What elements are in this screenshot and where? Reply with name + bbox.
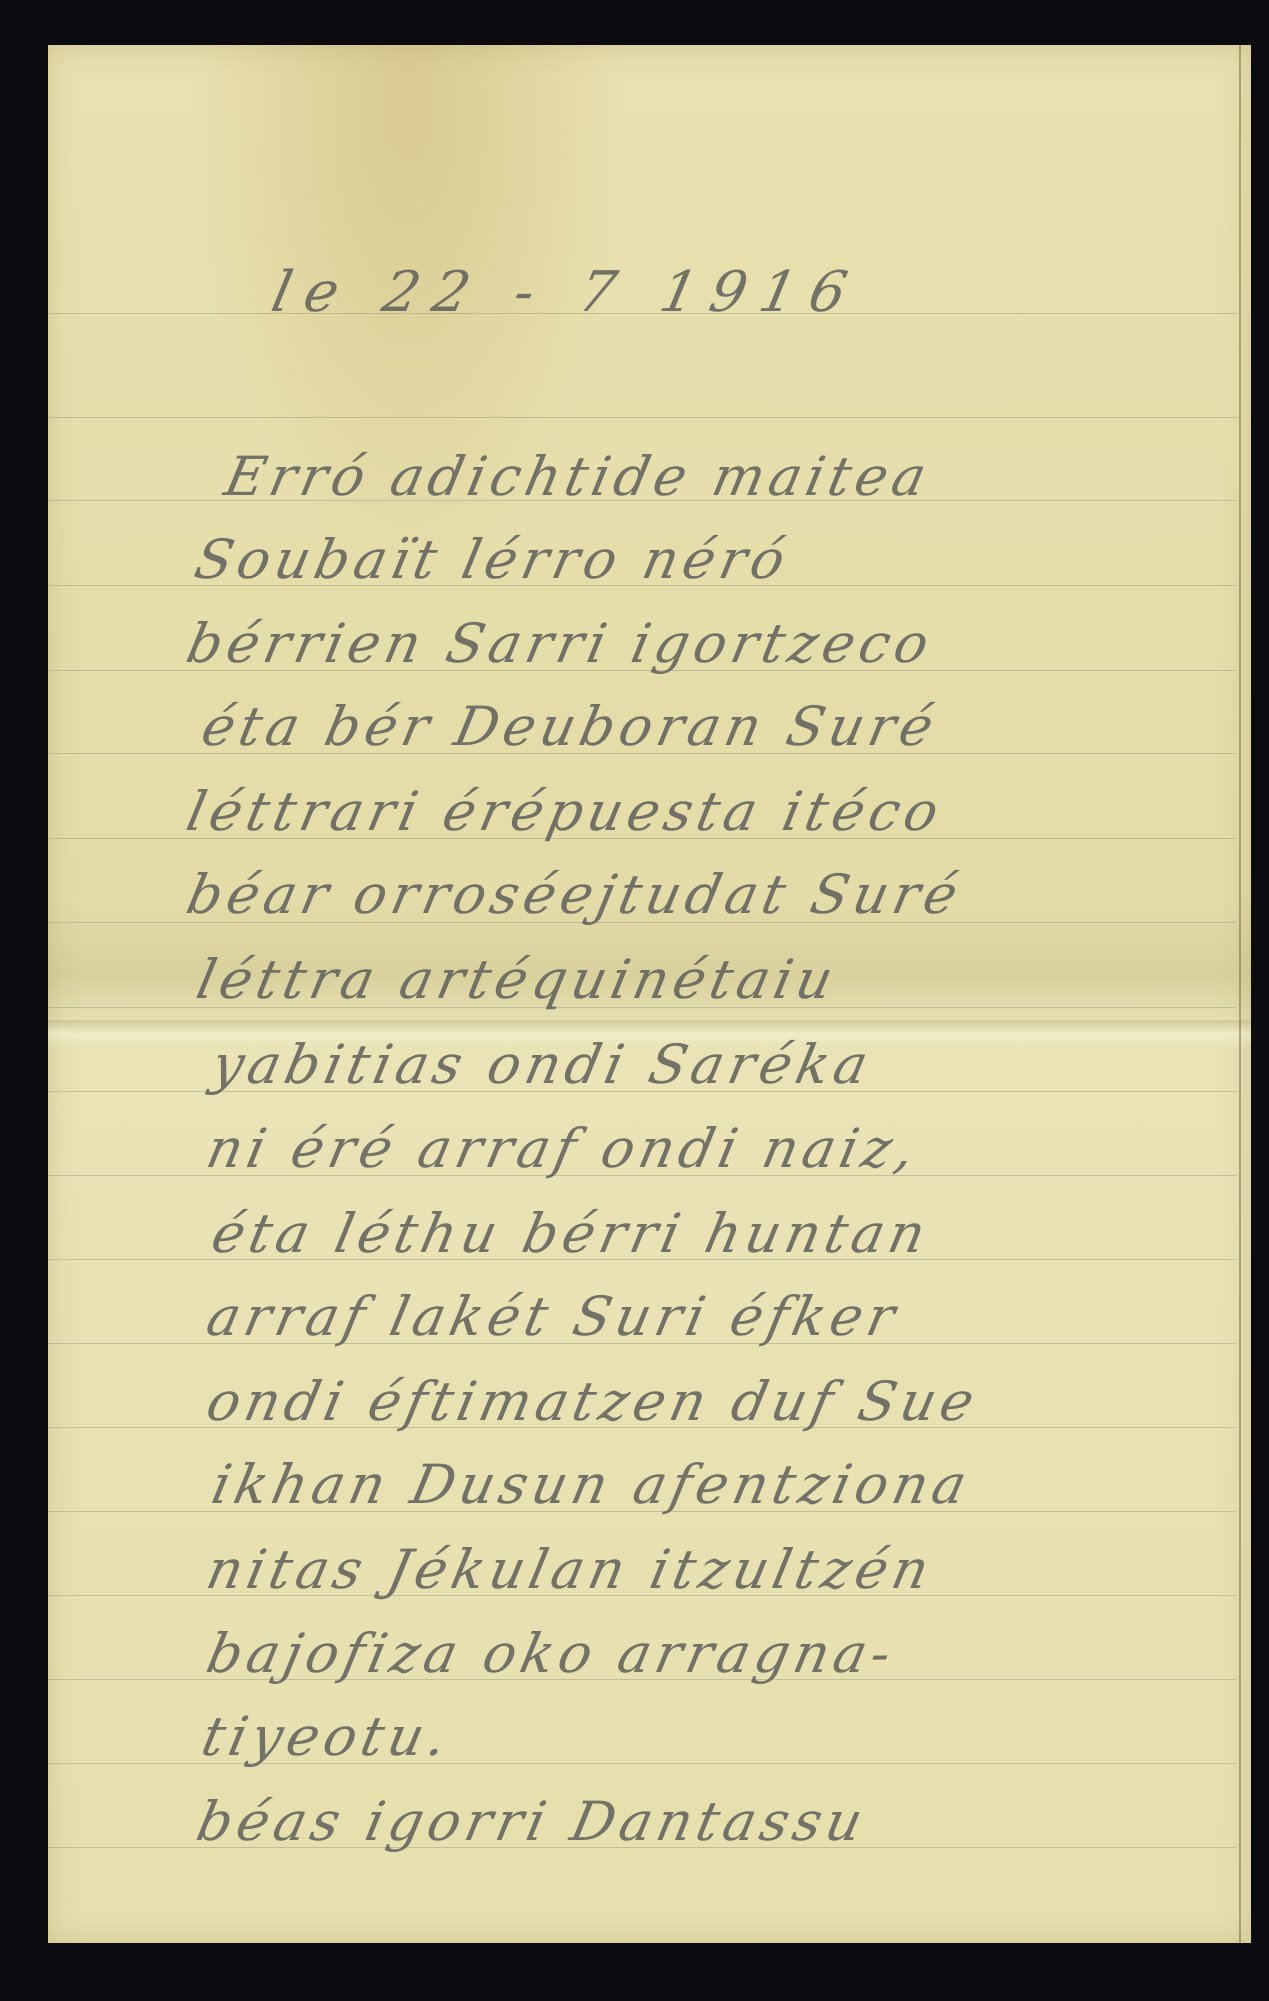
letter-line: ni éré arraf ondi naiz, (201, 1117, 925, 1180)
letter-line: ikhan Dusun afentziona (206, 1453, 977, 1516)
letter-page: le 22 - 7 1916 Erró adichtide maitea Sou… (48, 45, 1251, 1943)
letter-line: béas igorri Dantassu (191, 1790, 873, 1853)
letter-line: béar orroséejtudat Suré (181, 863, 968, 926)
letter-line: Erró adichtide maitea (219, 445, 936, 508)
page-edge (1239, 45, 1241, 1943)
letter-line: éta bér Deuboran Suré (196, 695, 944, 758)
letter-line: nitas Jékulan itzultzén (201, 1538, 939, 1601)
ruled-line (48, 417, 1237, 418)
letter-line: bajofiza oko arragna- (201, 1622, 901, 1685)
letter-line: Soubaït lérro néró (189, 528, 795, 591)
letter-line: bérrien Sarri igortzeco (181, 612, 939, 675)
letter-line: yabitias ondi Saréka (206, 1033, 878, 1096)
letter-line: léttrari érépuesta itéco (181, 780, 949, 843)
letter-line: léttra artéquinétaiu (191, 948, 843, 1011)
letter-line: arraf lakét Suri éfker (201, 1285, 905, 1348)
letter-line: éta léthu bérri huntan (206, 1202, 936, 1265)
letter-line: tiyeotu. (196, 1705, 457, 1768)
letter-line: ondi éftimatzen duf Sue (201, 1370, 984, 1433)
letter-date: le 22 - 7 1916 (266, 260, 866, 325)
